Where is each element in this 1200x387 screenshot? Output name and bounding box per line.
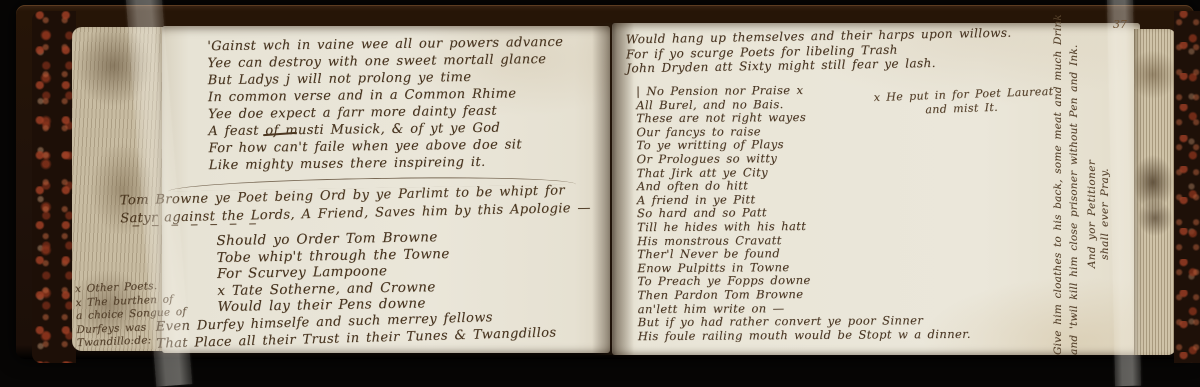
manuscript-book: 'Gainst wch in vaine wee all our powers … — [16, 5, 1194, 359]
right-page-verse-list: | No Pension nor Praise xAll Burel, and … — [636, 83, 971, 344]
right-cover-marbled-edge — [1174, 11, 1200, 363]
manuscript-line: His foule railing mouth would be Stopt w… — [638, 328, 971, 344]
manuscript-line: And yor Petitioner — [1086, 139, 1099, 289]
left-page-verse-block-2: Should yo Order Tom BrowneTobe whip't th… — [216, 229, 450, 316]
right-edge-vertical-marginalia-2: And yor Petitionershall ever Pray. — [1086, 139, 1112, 289]
left-page-verse-block: 'Gainst wch in vaine wee all our powers … — [207, 34, 565, 174]
right-edge-vertical-marginalia: Give him cloathes to his back, some meat… — [1050, 25, 1084, 355]
manuscript-line: Give him cloathes to his back, some meat… — [1050, 25, 1066, 355]
photograph-black-background: 'Gainst wch in vaine wee all our powers … — [0, 0, 1200, 372]
page-number: 37 — [1113, 18, 1127, 31]
right-page-intro-block: Would hang up themselves and their harps… — [626, 26, 1013, 76]
right-page-edges — [1134, 29, 1176, 355]
manuscript-line: and 'twil kill him close prisoner withou… — [1066, 25, 1082, 355]
left-cover-marbled-edge — [32, 11, 76, 363]
